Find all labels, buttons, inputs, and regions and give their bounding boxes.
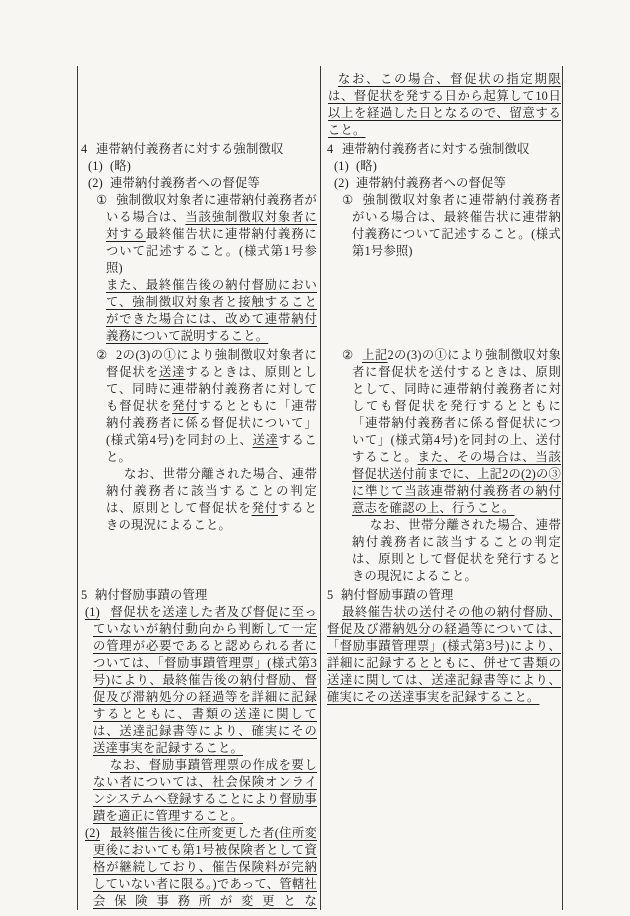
underlined-text-run: 最終催告後に住所変更した者(住所変更後においても第1号被保険者として資格が継続し…	[93, 826, 317, 908]
list-marker: (1)	[88, 158, 110, 175]
list-marker: ②	[342, 347, 362, 364]
list-marker: 5	[327, 587, 341, 604]
right-column-row-1: 4連帯納付義務者に対する強制徴収(1)(略)(2)連帯納付義務者への督促等①強制…	[321, 141, 564, 345]
underlined-text-run: 上記	[362, 348, 388, 362]
list-item: ②上記2の(3)の①により強制徴収対象者に督促状を送付するときは、原則として、同…	[327, 347, 561, 517]
list-item: ②2の(3)の①により強制徴収対象者に督促状を送達するときは、原則として、同時に…	[81, 347, 317, 466]
list-item: (1)(略)	[327, 158, 561, 175]
list-item: ①強制徴収対象者に連帯納付義務者がいる場合は、当該強制徴収対象者に対する最終催告…	[81, 192, 317, 277]
underlined-text-run: 発付	[172, 399, 198, 413]
left-column-row-2: ②2の(3)の①により強制徴収対象者に督促状を送達するときは、原則として、同時に…	[78, 347, 321, 585]
text-run: なお、世帯分離された場合、連帯納付義務者に該当することの判定は、原則として督促状…	[352, 518, 561, 583]
right-column-row-0: なお、この場合、督促状の指定期限は、督促状を発する日から起算して10日以上を経過…	[321, 66, 564, 139]
list-marker: ①	[342, 192, 362, 209]
list-marker: (2)	[88, 175, 110, 192]
paragraph: 最終催告状の送付その他の納付督励、督促及び滞納処分の経過等については、「督励事蹟…	[327, 604, 561, 706]
list-marker: 4	[327, 141, 342, 158]
right-column-row-3: 5納付督励事蹟の管理最終催告状の送付その他の納付督励、督促及び滞納処分の経過等に…	[321, 587, 564, 910]
text-run: 連帯納付義務者に対する強制徴収	[342, 142, 529, 156]
list-item: 4連帯納付義務者に対する強制徴収	[327, 141, 561, 158]
underlined-text-run: 最終催告状の送付その他の納付督励、督促及び滞納処分の経過等については、「督励事蹟…	[327, 605, 561, 704]
list-item: 5納付督励事蹟の管理	[327, 587, 561, 604]
underlined-text-run: 督促状を送達した者及び督促に至っていないが納付動向から判断して一定の管理が必要で…	[93, 605, 317, 755]
list-marker: ②	[96, 347, 116, 364]
underlined-text-run: なお、督励事蹟管理票の作成を要しない者については、社会保険オンラインシステムへ登…	[93, 758, 317, 823]
list-item: (1)(略)	[81, 158, 317, 175]
list-marker: (2)	[85, 825, 110, 842]
underlined-text-run: また、最終催告後の納付督励において、強制徴収対象者と接触することができた場合には…	[106, 278, 317, 343]
text-run: 強制徴収対象者に連帯納付義務者がいる場合は、最終催告状に連帯納付義務について記述…	[352, 193, 561, 258]
text-run: 連帯納付義務者に対する強制徴収	[96, 142, 283, 156]
list-item: (1)督促状を送達した者及び督促に至っていないが納付動向から判断して一定の管理が…	[81, 604, 317, 757]
text-run: (略)	[110, 159, 131, 173]
underlined-text-run: 送達	[252, 433, 278, 447]
left-column-row-1: 4連帯納付義務者に対する強制徴収(1)(略)(2)連帯納付義務者への督促等①強制…	[78, 141, 321, 345]
text-run: 納付督励事蹟の管理	[341, 588, 453, 602]
list-marker: 5	[81, 587, 95, 604]
list-marker: (2)	[334, 175, 356, 192]
list-item: (2)連帯納付義務者への督促等	[327, 175, 561, 192]
list-item: 5納付督励事蹟の管理	[81, 587, 317, 604]
paragraph: なお、世帯分離された場合、連帯納付義務者に該当することの判定は、原則として督促状…	[81, 466, 317, 534]
left-column-row-0	[78, 66, 321, 139]
list-item: 4連帯納付義務者に対する強制徴収	[81, 141, 317, 158]
list-item: ①強制徴収対象者に連帯納付義務者がいる場合は、最終催告状に連帯納付義務について記…	[327, 192, 561, 260]
list-marker: (1)	[85, 604, 110, 621]
scanned-document-page: { "page": { "background": "#f7f6f3", "te…	[0, 0, 630, 916]
underlined-text-run: 送達	[159, 365, 185, 379]
text-run: 納付督励事蹟の管理	[95, 588, 207, 602]
right-column-row-2: ②上記2の(3)の①により強制徴収対象者に督促状を送付するときは、原則として、同…	[321, 347, 564, 585]
paragraph: なお、この場合、督促状の指定期限は、督促状を発する日から起算して10日以上を経過…	[327, 71, 561, 139]
text-run: (略)	[356, 159, 377, 173]
paragraph: また、最終催告後の納付督励において、強制徴収対象者と接触することができた場合には…	[81, 277, 317, 345]
underlined-text-run: 発付	[252, 501, 278, 515]
text-run: 連帯納付義務者への督促等	[356, 176, 506, 190]
list-item: (2)最終催告後に住所変更した者(住所変更後においても第1号被保険者として資格が…	[81, 825, 317, 910]
list-marker: 4	[81, 141, 96, 158]
list-item: (2)連帯納付義務者への督促等	[81, 175, 317, 192]
list-marker: (1)	[334, 158, 356, 175]
paragraph: なお、世帯分離された場合、連帯納付義務者に該当することの判定は、原則として督促状…	[327, 517, 561, 585]
comparison-table: なお、この場合、督促状の指定期限は、督促状を発する日から起算して10日以上を経過…	[77, 66, 563, 910]
text-run: 2の(3)の①により強制徴収対象者に督促状を送付するときは、原則として、同時に連…	[352, 348, 561, 464]
text-run: 連帯納付義務者への督促等	[110, 176, 260, 190]
paragraph: なお、督励事蹟管理票の作成を要しない者については、社会保険オンラインシステムへ登…	[81, 757, 317, 825]
list-marker: ①	[96, 192, 116, 209]
underlined-text-run: なお、この場合、督促状の指定期限は、督促状を発する日から起算して10日以上を経過…	[328, 72, 561, 137]
left-column-row-3: 5納付督励事蹟の管理(1)督促状を送達した者及び督促に至っていないが納付動向から…	[78, 587, 321, 910]
